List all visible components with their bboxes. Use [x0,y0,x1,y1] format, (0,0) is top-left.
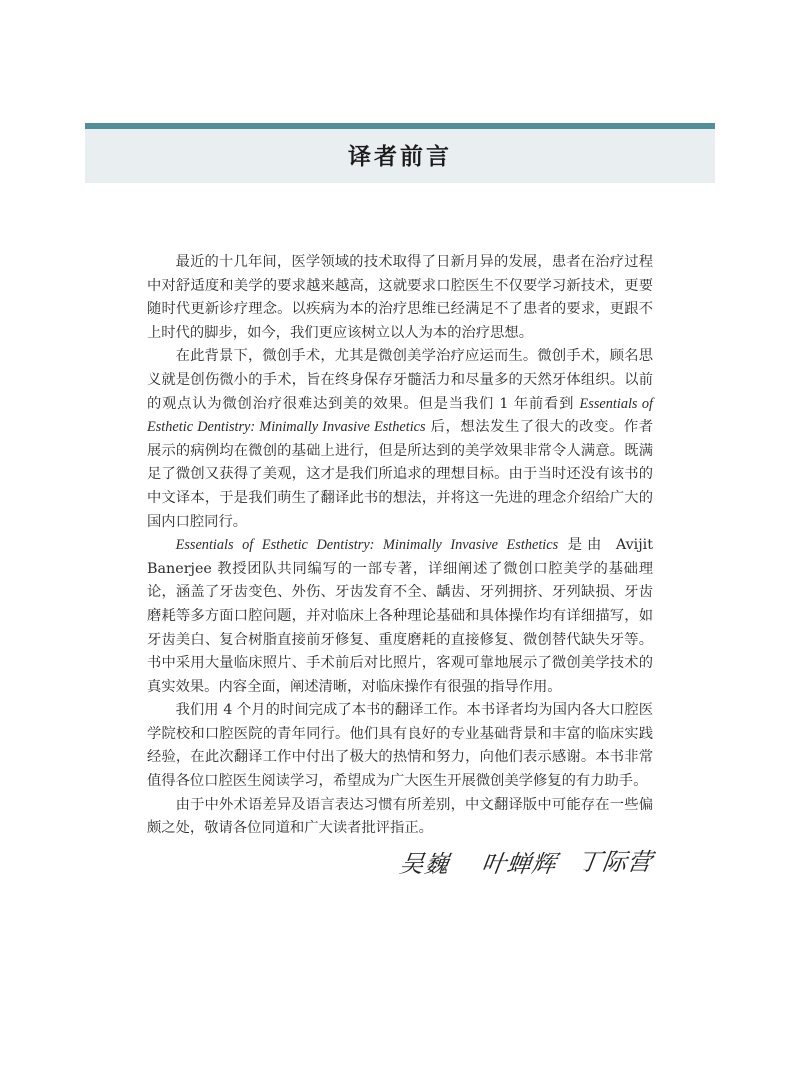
text-segment: 我们用 4 个月的时间完成了本书的翻译工作。本书译者均为国内各大口腔医学院校和口… [147,702,653,789]
signature-2: 叶蝉辉 [480,844,560,879]
signature-3: 丁际营 [576,842,656,877]
book-title: Essentials of Esthetic Dentistry: Minima… [176,537,559,553]
text-segment: 在此背景下，微创手术，尤其是微创美学治疗应运而生。微创手术，顾名思义就是创伤微小… [147,348,653,411]
paragraph: 我们用 4 个月的时间完成了本书的翻译工作。本书译者均为国内各大口腔医学院校和口… [147,699,653,793]
text-segment: 是由 Avijit Banerjee 教授团队共同编写的一部专著，详细阐述了微创… [147,537,653,695]
text-segment: 由于中外术语差异及语言表达习惯有所差别，中文翻译版中可能存在一些偏颇之处，敬请各… [147,797,653,837]
section-header: 译者前言 [85,123,715,183]
translator-signatures: 吴巍 叶蝉辉 丁际营 [400,842,660,882]
text-segment: 最近的十几年间，医学领域的技术取得了日新月异的发展，患者在治疗过程中对舒适度和美… [147,254,653,341]
paragraph: 最近的十几年间，医学领域的技术取得了日新月异的发展，患者在治疗过程中对舒适度和美… [147,251,653,345]
page-title: 译者前言 [85,137,715,177]
preface-body: 最近的十几年间，医学领域的技术取得了日新月异的发展，患者在治疗过程中对舒适度和美… [147,251,653,841]
paragraph: 由于中外术语差异及语言表达习惯有所差别，中文翻译版中可能存在一些偏颇之处，敬请各… [147,794,653,841]
paragraph: 在此背景下，微创手术，尤其是微创美学治疗应运而生。微创手术，顾名思义就是创伤微小… [147,345,653,534]
paragraph: Essentials of Esthetic Dentistry: Minima… [147,534,653,699]
signature-1: 吴巍 [398,844,453,879]
header-accent-rule [85,123,715,129]
text-segment: 后，想法发生了很大的改变。作者展示的病例均在微创的基础上进行，但是所达到的美学效… [147,419,653,529]
